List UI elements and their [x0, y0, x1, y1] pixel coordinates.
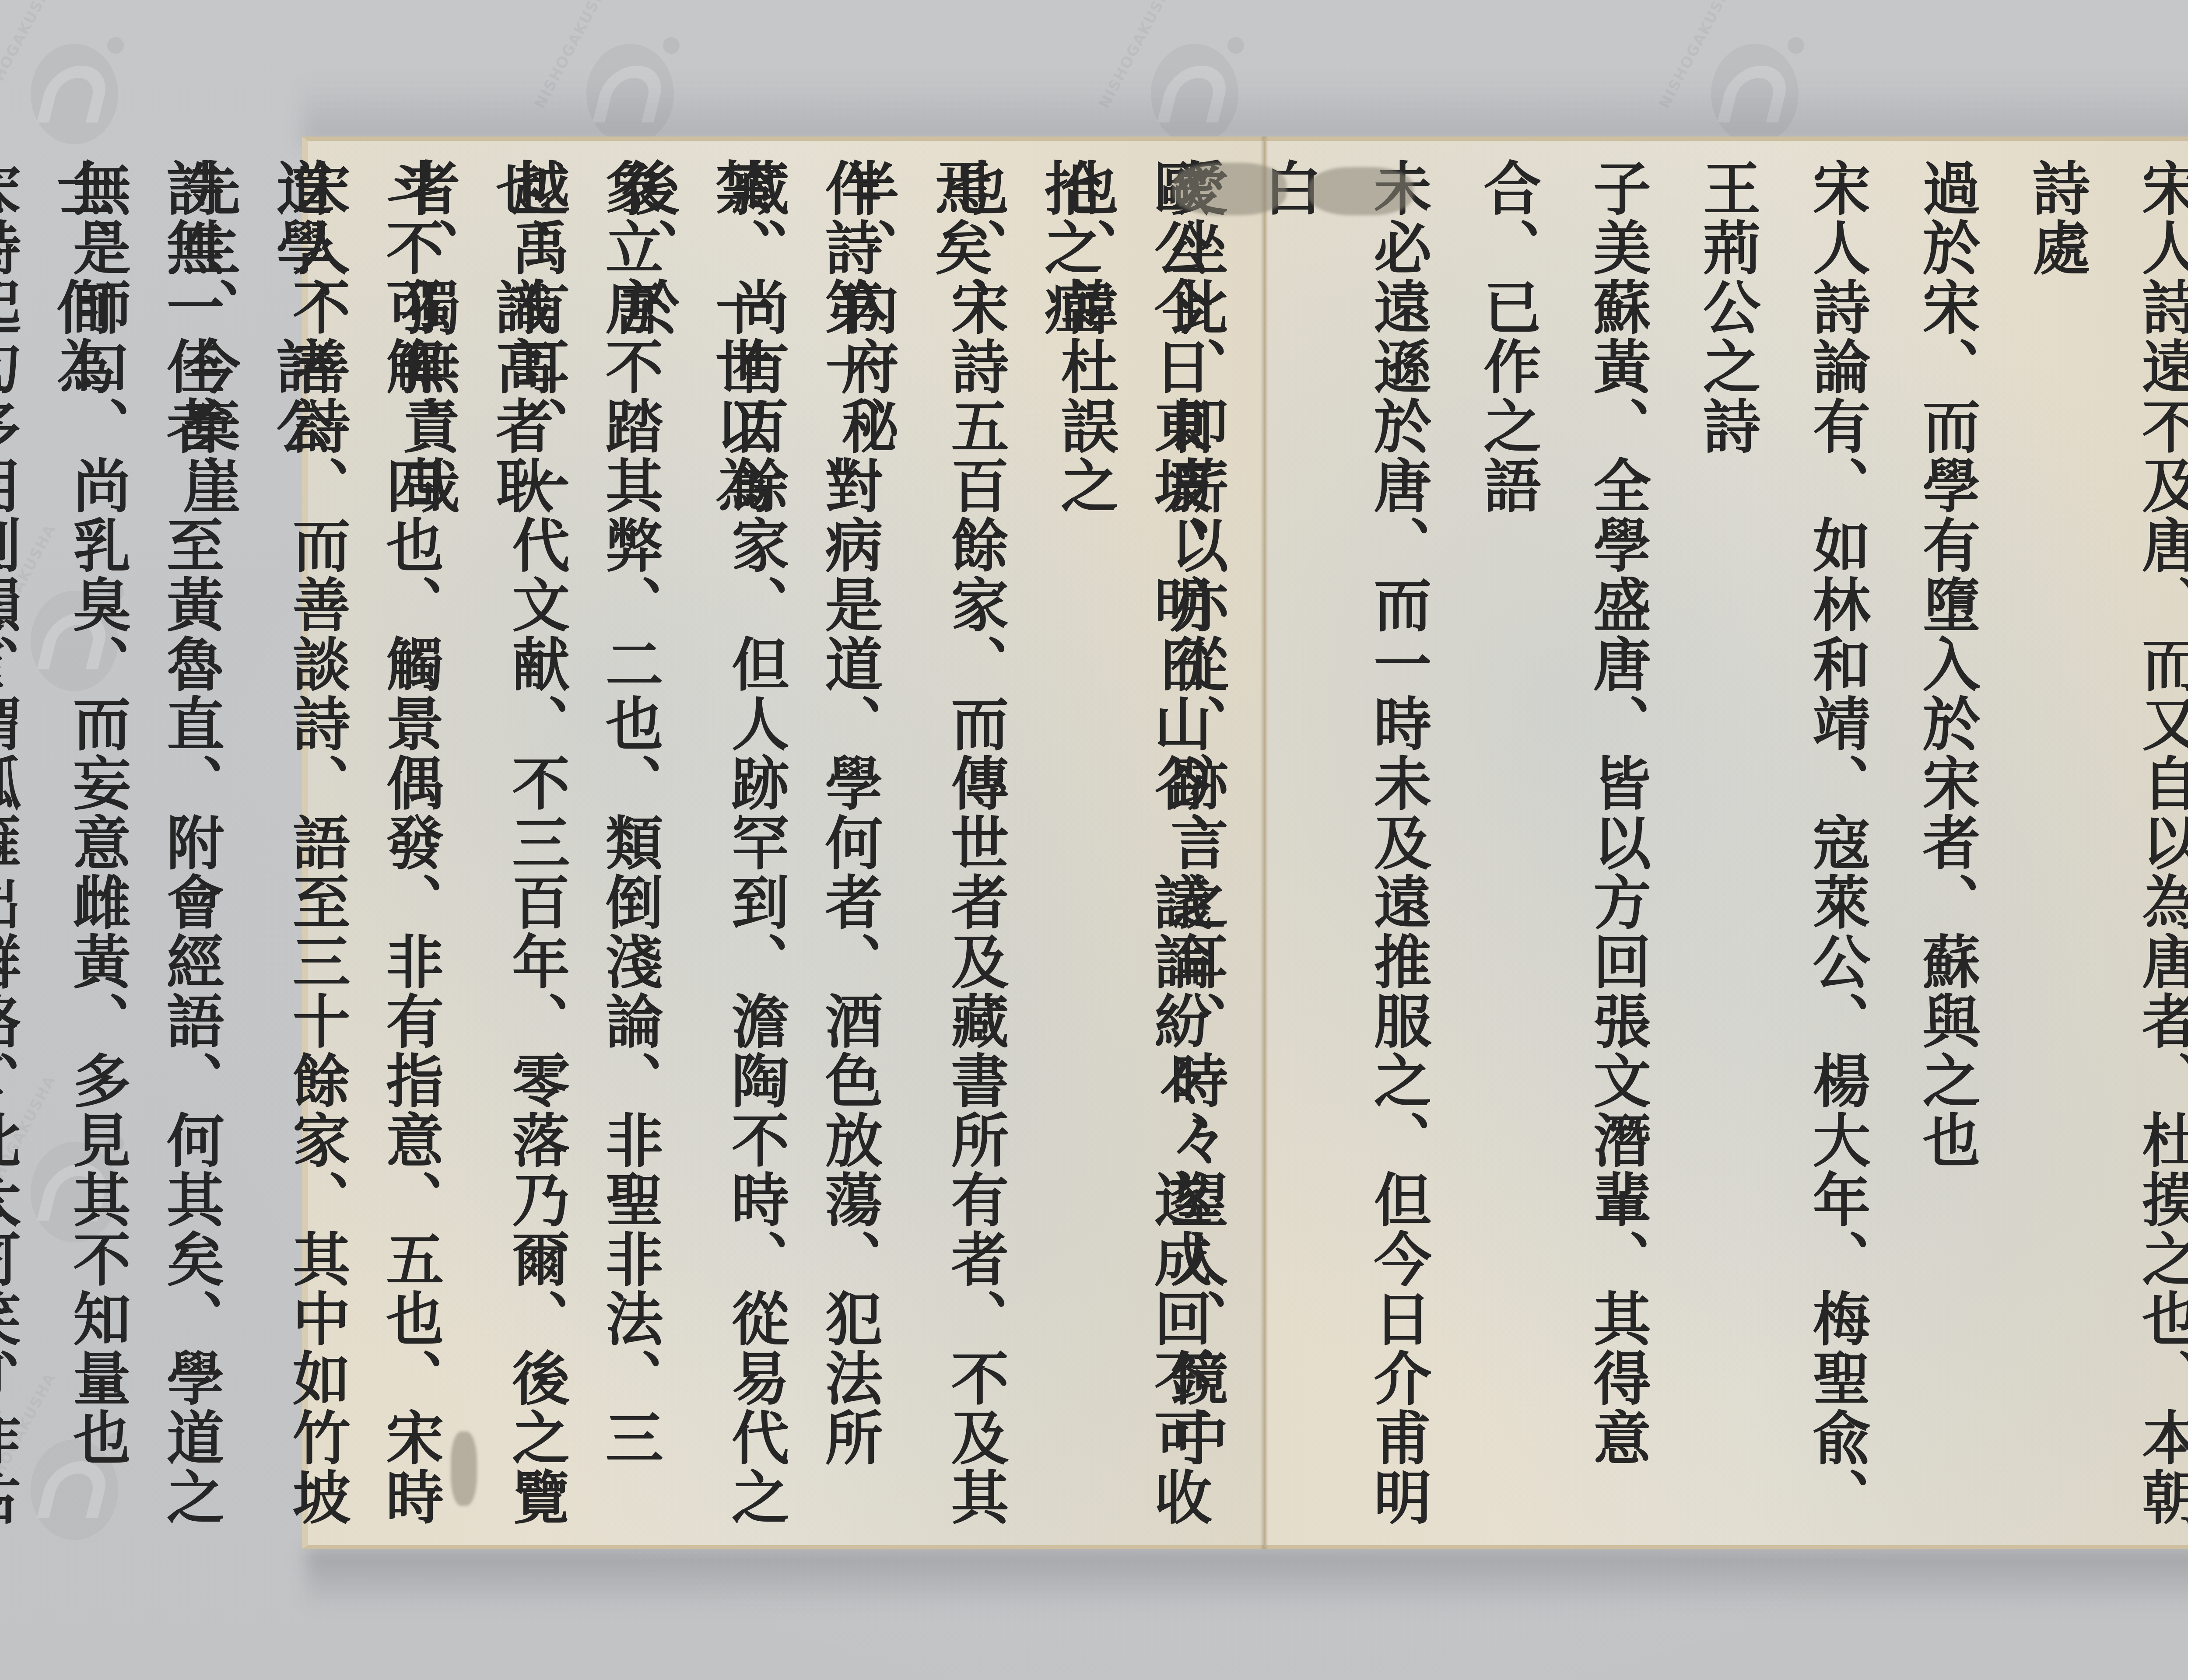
wormhole-damage — [451, 1431, 477, 1506]
paper-tear — [1308, 167, 1413, 215]
book-gutter — [1260, 136, 1268, 1549]
watermark-logo-icon: NISHOGAKUSHA — [13, 17, 127, 149]
open-book: 愛坐此、即薪以亦從、跡言之耳、時々望人、鏡中也、韓杜誤之也、宋詩五百餘家、而傳世… — [302, 136, 2188, 1549]
text-column: 焉矣、 — [903, 158, 1013, 1532]
page-shadow-top — [302, 79, 2188, 144]
text-column: 宋人詩遠不及唐、而又自以為唐者、杜摸之也、本朝詩處 — [2001, 158, 2188, 1532]
text-column: 過於宋、而學有墮入於宋者、蘇與之也 — [1891, 158, 2001, 1532]
text-column: 斗不可解、四也、觸景偶發、非有指意、五也、宋時道學、諸公 — [245, 158, 465, 1532]
text-column: 子美蘇黃、全學盛唐、皆以方回張文潛輩、其得意合、已作之語 — [1452, 158, 1672, 1532]
paper-tear — [1173, 163, 1287, 215]
right-page: 宋人詩遠不及唐、而又自以為唐者、杜摸之也、本朝詩處過於宋、而學有墮入於宋者、蘇與… — [1264, 136, 2188, 1549]
right-page-text: 宋人詩遠不及唐、而又自以為唐者、杜摸之也、本朝詩處過於宋、而學有墮入於宋者、蘇與… — [1284, 158, 2188, 1532]
text-column: 歐公今日東坡、明日山谷、議論紛々、遂成回不可收拾之症 — [1013, 158, 1233, 1532]
text-column: 詩無一佳者、至黃魯直、附會經語、何其矣、學道之士、何為 — [25, 158, 245, 1532]
text-column: 此不可也、至正是確、如為山渓論耳、晦翁詩却有不畜者 — [0, 158, 25, 1532]
text-column: 象立唐不踏其弊、二也、類倒淺論、非聖非法、三也、識高者耿 — [464, 158, 684, 1532]
text-column: 作詩第一、對病是道、學何者、酒色放蕩、犯法所禁、一世以為 — [684, 158, 904, 1532]
page-shadow-bottom — [306, 1549, 2188, 1610]
text-column: 宋人詩論有、如林和靖、寇萊公、楊大年、梅聖兪、王荊公之詩 — [1672, 158, 1891, 1532]
